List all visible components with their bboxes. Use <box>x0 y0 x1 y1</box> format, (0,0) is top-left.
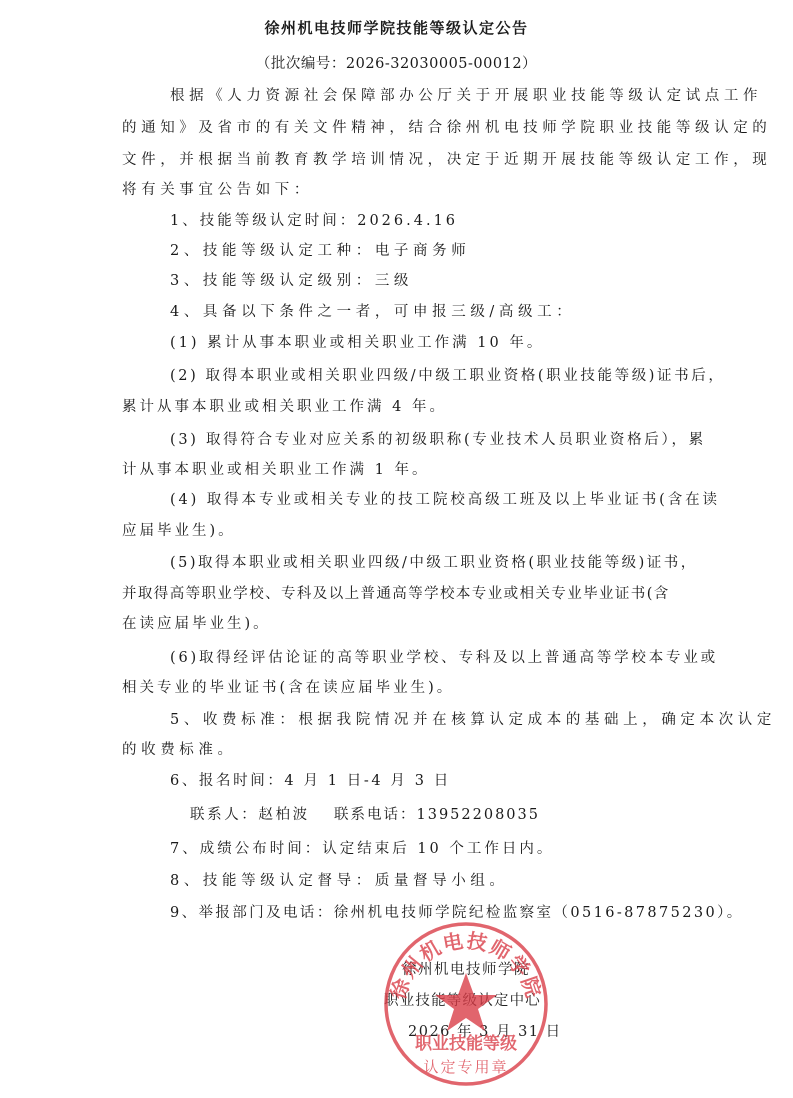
item-5-line-2: 的收费标准。 <box>122 740 237 760</box>
document-title: 徐州机电技师学院技能等级认定公告 <box>0 17 793 38</box>
item-1-date: 1、技能等级认定时间：2026.4.16 <box>170 211 458 231</box>
signature-date: 2026 年 3 月 31 日 <box>408 1020 562 1041</box>
item-9-report: 9、举报部门及电话：徐州机电技师学院纪检监察室（0516-87875230）。 <box>170 903 744 923</box>
contact-phone: 联系电话：13952208035 <box>334 805 540 825</box>
intro-line-1: 根据《人力资源社会保障部办公厅关于开展职业技能等级认定试点工作 <box>170 86 762 106</box>
batch-number: （批次编号：2026-32030005-00012） <box>0 52 793 73</box>
condition-4-line-2: 应届毕业生)。 <box>122 521 236 541</box>
condition-6-line-1: (6)取得经评估论证的高等职业学校、专科及以上普通高等学校本专业或 <box>170 648 718 668</box>
intro-line-4: 将有关事宜公告如下： <box>122 180 313 200</box>
stamp-inner-line-2: 认定专用章 <box>423 1058 508 1076</box>
condition-5-line-1: (5)取得本职业或相关职业四级/中级工职业资格(职业技能等级)证书， <box>170 553 698 573</box>
intro-line-2: 的通知》及省市的有关文件精神，结合徐州机电技师学院职业技能等级认定的 <box>122 118 771 138</box>
signature-org: 徐州机电技师学院 <box>402 958 530 979</box>
intro-line-3: 文件，并根据当前教育教学培训情况，决定于近期开展技能等级认定工作，现 <box>122 150 771 170</box>
condition-5-line-2: 并取得高等职业学校、专科及以上普通高等学校本专业或相关专业毕业证书(含 <box>122 584 670 604</box>
announcement-page: 徐州机电技师学院技能等级认定公告 （批次编号：2026-32030005-000… <box>0 0 793 1098</box>
item-7-results: 7、成绩公布时间：认定结束后 10 个工作日内。 <box>170 839 554 859</box>
condition-4-line-1: (4) 取得本专业或相关专业的技工院校高级工班及以上毕业证书(含在读 <box>170 490 720 510</box>
item-2-type: 2、技能等级认定工种：电子商务师 <box>170 241 470 261</box>
item-8-supervision: 8、技能等级认定督导：质量督导小组。 <box>170 871 509 891</box>
signature-dept: 职业技能等级认定中心 <box>384 989 541 1010</box>
item-6-registration: 6、报名时间：4 月 1 日-4 月 3 日 <box>170 771 451 791</box>
condition-3-line-2: 计从事本职业或相关职业工作满 1 年。 <box>122 460 429 480</box>
condition-5-line-3: 在读应届毕业生)。 <box>122 614 271 634</box>
condition-1: (1) 累计从事本职业或相关职业工作满 10 年。 <box>170 333 544 353</box>
condition-6-line-2: 相关专业的毕业证书(含在读应届毕业生)。 <box>122 678 454 698</box>
condition-2-line-1: (2) 取得本职业或相关职业四级/中级工职业资格(职业技能等级)证书后， <box>170 366 725 386</box>
contact-person: 联系人：赵柏波 <box>190 805 310 825</box>
item-4-conditions: 4、具备以下条件之一者，可申报三级/高级工： <box>170 302 575 322</box>
item-5-line-1: 5、收费标准：根据我院情况并在核算认定成本的基础上，确定本次认定 <box>170 710 776 730</box>
condition-2-line-2: 累计从事本职业或相关职业工作满 4 年。 <box>122 397 447 417</box>
condition-3-line-1: (3) 取得符合专业对应关系的初级职称(专业技术人员职业资格后），累 <box>170 430 706 450</box>
item-3-level: 3、技能等级认定级别：三级 <box>170 271 413 291</box>
